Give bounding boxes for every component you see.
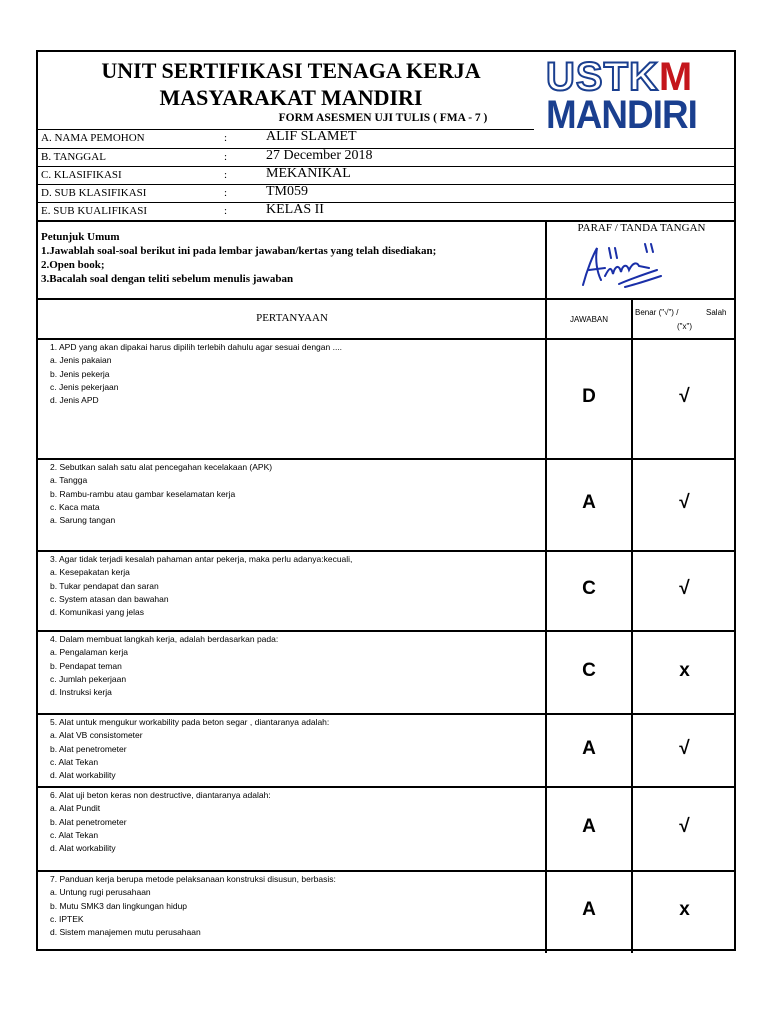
institution-title-line2: MASYARAKAT MANDIRI	[38, 85, 544, 111]
answer-value: A	[547, 899, 631, 921]
question-text: 5. Alat untuk mengukur workability pada …	[50, 716, 329, 782]
answer-option: a. Pengalaman kerja	[50, 646, 278, 659]
question-text: 7. Panduan kerja berupa metode pelaksana…	[50, 873, 336, 939]
answer-option: c. Alat Tekan	[50, 829, 271, 842]
question-text: 1. APD yang akan dipakai harus dipilih t…	[50, 341, 342, 407]
answer-option: c. Kaca mata	[50, 501, 272, 514]
info-label: D. SUB KLASIFIKASI	[41, 187, 146, 199]
info-value-klasifikasi: MEKANIKAL	[266, 166, 351, 182]
column-header-x: ("x")	[633, 322, 736, 331]
info-row-sub-kualifikasi: E. SUB KUALIFIKASI : KELAS II	[38, 202, 734, 220]
result-wrong-mark: x	[633, 660, 736, 682]
answer-value: D	[547, 386, 631, 408]
info-row-klasifikasi: C. KLASIFIKASI : MEKANIKAL	[38, 166, 734, 184]
answer-option: b. Rambu-rambu atau gambar keselamatan k…	[50, 488, 272, 501]
answer-option: d. Jenis APD	[50, 394, 342, 407]
question-stem: 3. Agar tidak terjadi kesalah pahaman an…	[50, 553, 352, 566]
info-value-sub-kualifikasi: KELAS II	[266, 202, 324, 218]
question-text: 6. Alat uji beton keras non destructive,…	[50, 789, 271, 855]
answer-option: a. Alat Pundit	[50, 802, 271, 815]
result-wrong-mark: x	[633, 899, 736, 921]
answer-option: d. Komunikasi yang jelas	[50, 606, 352, 619]
answer-option: b. Pendapat teman	[50, 660, 278, 673]
answer-option: d. Alat workability	[50, 842, 271, 855]
answer-option: c. Jenis pekerjaan	[50, 381, 342, 394]
question-stem: 5. Alat untuk mengukur workability pada …	[50, 716, 329, 729]
answer-option: c. Alat Tekan	[50, 756, 329, 769]
info-label: B. TANGGAL	[41, 151, 106, 163]
info-label: E. SUB KUALIFIKASI	[41, 205, 147, 217]
question-stem: 7. Panduan kerja berupa metode pelaksana…	[50, 873, 336, 886]
answer-option: b. Mutu SMK3 dan lingkungan hidup	[50, 900, 336, 913]
info-row-tanggal: B. TANGGAL : 27 December 2018	[38, 148, 734, 166]
question-stem: 2. Sebutkan salah satu alat pencegahan k…	[50, 461, 272, 474]
instructions-block: Petunjuk Umum 1.Jawablah soal-soal berik…	[38, 220, 546, 298]
answer-value: C	[547, 660, 631, 682]
answer-option: b. Alat penetrometer	[50, 816, 271, 829]
info-value-tanggal: 27 December 2018	[266, 148, 373, 164]
answer-option: c. System atasan dan bawahan	[50, 593, 352, 606]
info-sep: :	[224, 169, 227, 181]
instruction-item: 2.Open book;	[41, 258, 436, 272]
instruction-item: 1.Jawablah soal-soal berikut ini pada le…	[41, 244, 436, 258]
question-text: 4. Dalam membuat langkah kerja, adalah b…	[50, 633, 278, 699]
info-row-sub-klasifikasi: D. SUB KLASIFIKASI : TM059	[38, 184, 734, 202]
answer-value: A	[547, 738, 631, 760]
info-sep: :	[224, 132, 227, 144]
institution-title-line1: UNIT SERTIFIKASI TENAGA KERJA	[38, 58, 544, 84]
info-sep: :	[224, 205, 227, 217]
answer-option: d. Alat workability	[50, 769, 329, 782]
result-correct-mark: √	[633, 578, 736, 600]
info-value-nama: ALIF SLAMET	[266, 129, 357, 145]
assessment-form: UNIT SERTIFIKASI TENAGA KERJA MASYARAKAT…	[36, 50, 736, 951]
instructions-heading: Petunjuk Umum	[41, 230, 436, 244]
ustkm-mandiri-logo: USTKM MANDIRI	[546, 58, 706, 134]
result-correct-mark: √	[633, 386, 736, 408]
answer-option: a. Kesepakatan kerja	[50, 566, 352, 579]
question-stem: 4. Dalam membuat langkah kerja, adalah b…	[50, 633, 278, 646]
answer-option: c. IPTEK	[50, 913, 336, 926]
instruction-item: 3.Bacalah soal dengan teliti sebelum men…	[41, 272, 436, 286]
form-title: FORM ASESMEN UJI TULIS ( FMA - 7 )	[218, 112, 548, 124]
question-text: 2. Sebutkan salah satu alat pencegahan k…	[50, 461, 272, 527]
result-correct-mark: √	[633, 492, 736, 514]
answer-option: a. Sarung tangan	[50, 514, 272, 527]
answer-option: d. Instruksi kerja	[50, 686, 278, 699]
answer-option: a. Tangga	[50, 474, 272, 487]
info-label: A. NAMA PEMOHON	[41, 132, 145, 144]
answer-option: b. Tukar pendapat dan saran	[50, 580, 352, 593]
answer-option: c. Jumlah pekerjaan	[50, 673, 278, 686]
column-header-benar: Benar ("√") /	[635, 308, 678, 317]
signature-block: PARAF / TANDA TANGAN	[547, 220, 736, 298]
info-sep: :	[224, 151, 227, 163]
answer-value: C	[547, 578, 631, 600]
info-label: C. KLASIFIKASI	[41, 169, 122, 181]
column-header-salah: Salah	[706, 308, 726, 317]
info-value-sub-klasifikasi: TM059	[266, 184, 308, 200]
answer-value: A	[547, 492, 631, 514]
question-text: 3. Agar tidak terjadi kesalah pahaman an…	[50, 553, 352, 619]
answer-option: d. Sistem manajemen mutu perusahaan	[50, 926, 336, 939]
info-row-nama: A. NAMA PEMOHON : ALIF SLAMET	[38, 129, 734, 147]
answer-value: A	[547, 816, 631, 838]
column-header-pertanyaan: PERTANYAAN	[38, 312, 546, 324]
answer-option: b. Jenis pekerja	[50, 368, 342, 381]
answer-option: a. Alat VB consistometer	[50, 729, 329, 742]
signature-label: PARAF / TANDA TANGAN	[547, 222, 736, 234]
result-correct-mark: √	[633, 738, 736, 760]
question-stem: 6. Alat uji beton keras non destructive,…	[50, 789, 271, 802]
signature-icon	[575, 240, 675, 290]
info-sep: :	[224, 187, 227, 199]
answer-option: b. Alat penetrometer	[50, 743, 329, 756]
column-header-jawaban: JAWABAN	[547, 315, 631, 324]
result-correct-mark: √	[633, 816, 736, 838]
question-stem: 1. APD yang akan dipakai harus dipilih t…	[50, 341, 342, 354]
answer-option: a. Untung rugi perusahaan	[50, 886, 336, 899]
answer-option: a. Jenis pakaian	[50, 354, 342, 367]
